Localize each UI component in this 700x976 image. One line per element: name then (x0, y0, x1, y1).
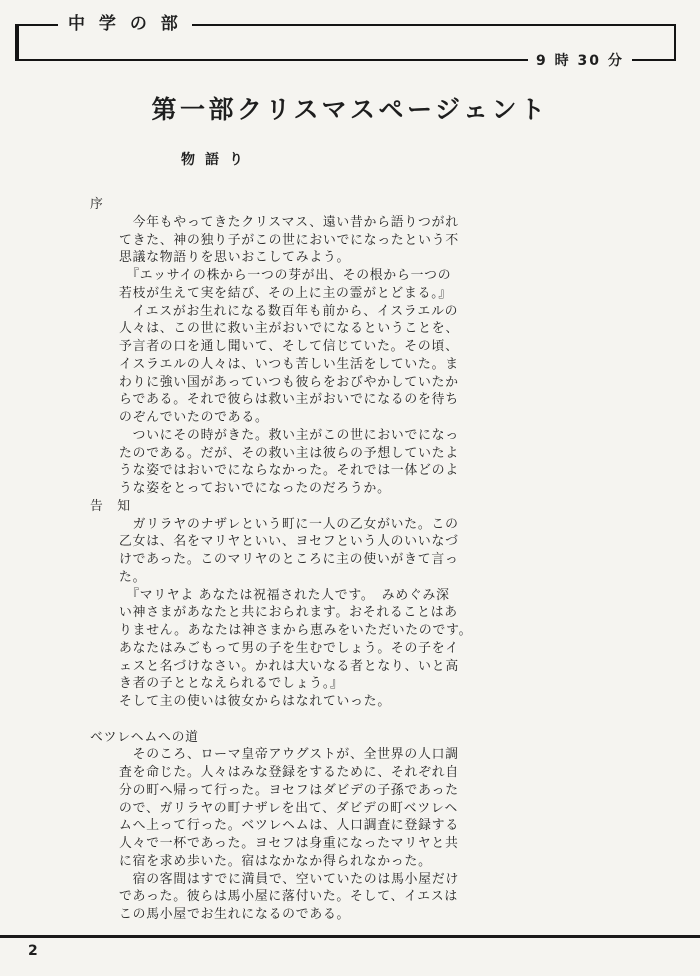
text-line: い神さまがあなたと共におられます。おそれることはあ (119, 604, 469, 622)
header-section-title: 中 学 の 部 (58, 14, 192, 35)
text-line: 『エッサイの株から一つの芽が出、その根から一つの (119, 267, 469, 285)
text-line: 『マリヤよ あなたは祝福された人です。 みめぐみ深 (119, 587, 469, 605)
text-line: イエスがお生れになる数百年も前から、イスラエルの (119, 303, 469, 321)
story-section-annunciation: 告 知 ガリラヤのナザレという町に一人の乙女がいた。この乙女は、名をマリヤといい… (119, 498, 469, 711)
text-line: 思議な物語りを思いおこしてみよう。 (119, 249, 469, 267)
program-page: 中 学 の 部 9 時 30 分 第一部クリスマスページェント 物語り 序 今年… (0, 0, 700, 976)
page-title: 第一部クリスマスページェント (0, 90, 700, 126)
text-line: そして主の使いは彼女からはなれていった。 (119, 693, 469, 711)
text-line: わりに強い国があっていつも彼らをおびやかしていたか (119, 374, 469, 392)
text-line: イスラエルの人々は、いつも苦しい生活をしていた。ま (119, 356, 469, 374)
text-line: 人々で一杯であった。ヨセフは身重になったマリヤと共 (119, 835, 469, 853)
text-line: のぞんでいたのである。 (119, 409, 469, 427)
text-line: 分の町へ帰って行った。ヨセフはダビデの子孫であった (119, 782, 469, 800)
text-line: ので、ガリラヤの町ナザレを出て、ダビデの町ベツレヘ (119, 800, 469, 818)
text-line: そのころ、ローマ皇帝アウグストが、全世界の人口調 (119, 746, 469, 764)
text-line: に宿を求め歩いた。宿はなかなか得られなかった。 (119, 853, 469, 871)
text-line: き者の子ととなえられるでしょう。』 (119, 675, 469, 693)
page-number: 2 (28, 943, 38, 959)
text-line: てきた、神の独り子がこの世においでになったという不 (119, 232, 469, 250)
text-line: りません。あなたは神さまから恵みをいただいたのです。 (119, 622, 469, 640)
text-line: であった。彼らは馬小屋に落付いた。そして、イエスは (119, 888, 469, 906)
text-line: 乙女は、名をマリヤといい、ヨセフという人のいいなづ (119, 533, 469, 551)
story-section-road-to-bethlehem: ベツレヘムへの道 そのころ、ローマ皇帝アウグストが、全世界の人口調査を命じた。人… (119, 729, 469, 924)
section-heading-prologue: 序 (90, 196, 469, 214)
text-line: あなたはみごもって男の子を生むでしょう。その子をイ (119, 640, 469, 658)
footer-rule (0, 935, 700, 938)
story-section-prologue: 序 今年もやってきたクリスマス、遠い昔から語りつがれてきた、神の独り子がこの世に… (119, 196, 469, 498)
text-line: 今年もやってきたクリスマス、遠い昔から語りつがれ (119, 214, 469, 232)
text-line: らである。それで彼らは救い主がおいでになるのを待ち (119, 391, 469, 409)
section-text-annunciation: ガリラヤのナザレという町に一人の乙女がいた。この乙女は、名をマリヤといい、ヨセフ… (119, 516, 469, 711)
text-line: た。 (119, 569, 469, 587)
section-text-road-to-bethlehem: そのころ、ローマ皇帝アウグストが、全世界の人口調査を命じた。人々はみな登録をする… (119, 746, 469, 924)
text-line: 宿の客間はすでに満員で、空いていたのは馬小屋だけ (119, 871, 469, 889)
text-line: うな姿をとっておいでになったのだろうか。 (119, 480, 469, 498)
text-line: 人々は、この世に救い主がおいでになるということを、 (119, 320, 469, 338)
text-line: この馬小屋でお生れになるのである。 (119, 906, 469, 924)
text-line: ェスと名づけなさい。かれは大いなる者となり、いと高 (119, 658, 469, 676)
section-heading-annunciation: 告 知 (90, 498, 469, 516)
section-text-prologue: 今年もやってきたクリスマス、遠い昔から語りつがれてきた、神の独り子がこの世におい… (119, 214, 469, 498)
text-line: けであった。このマリヤのところに主の使いがきて言っ (119, 551, 469, 569)
text-line: ガリラヤのナザレという町に一人の乙女がいた。この (119, 516, 469, 534)
text-line: 査を命じた。人々はみな登録をするために、それぞれ自 (119, 764, 469, 782)
story-subtitle: 物語り (181, 149, 253, 169)
text-line: 若枝が生えて実を結び、その上に主の霊がとどまる。』 (119, 285, 469, 303)
section-heading-road-to-bethlehem: ベツレヘムへの道 (90, 729, 469, 747)
text-line: ムへ上って行った。ベツレヘムは、人口調査に登録する (119, 817, 469, 835)
story-body: 序 今年もやってきたクリスマス、遠い昔から語りつがれてきた、神の独り子がこの世に… (119, 196, 469, 924)
header-start-time: 9 時 30 分 (528, 52, 632, 70)
text-line: ついにその時がきた。救い主がこの世においでになっ (119, 427, 469, 445)
text-line: 予言者の口を通し聞いて、そして信じていた。その頃、 (119, 338, 469, 356)
text-line: うな姿ではおいでにならなかった。それでは一体どのよ (119, 462, 469, 480)
text-line: たのである。だが、その救い主は彼らの予想していたよ (119, 445, 469, 463)
